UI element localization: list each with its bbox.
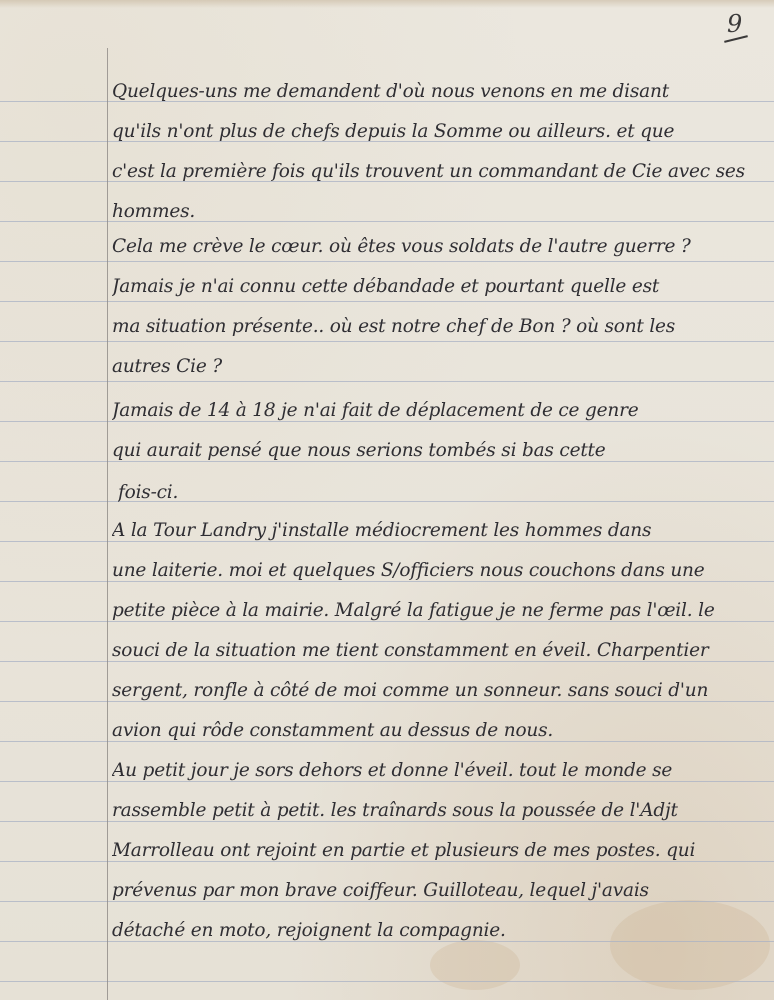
handwritten-line: qui aurait pensé que nous serions tombés… [112, 440, 772, 462]
ruled-line [0, 261, 774, 262]
ruled-line [0, 381, 774, 382]
handwritten-line: Cela me crève le cœur. où êtes vous sold… [112, 236, 772, 258]
paper-stain [430, 940, 520, 990]
handwritten-line: Jamais de 14 à 18 je n'ai fait de déplac… [112, 400, 772, 422]
handwritten-line: qu'ils n'ont plus de chefs depuis la Som… [112, 121, 772, 143]
ruled-line [0, 301, 774, 302]
ruled-line [0, 981, 774, 982]
page-number: 9 [727, 10, 742, 38]
paper-stain [610, 900, 770, 990]
ruled-line [0, 341, 774, 342]
handwritten-line: hommes. [112, 201, 772, 223]
handwritten-line: c'est la première fois qu'ils trouvent u… [112, 161, 772, 183]
notebook-page: 9 Quelques-uns me demandent d'où nous ve… [0, 0, 774, 1000]
handwritten-line: rassemble petit à petit. les traînards s… [112, 800, 772, 822]
handwritten-line: A la Tour Landry j'installe médiocrement… [112, 520, 772, 542]
handwritten-line: autres Cie ? [112, 356, 772, 378]
handwritten-line: détaché en moto, rejoignent la compagnie… [112, 920, 772, 942]
handwritten-line: petite pièce à la mairie. Malgré la fati… [112, 600, 772, 622]
margin-line [107, 48, 108, 1000]
handwritten-line: Marrolleau ont rejoint en partie et plus… [112, 840, 772, 862]
handwritten-line: Quelques-uns me demandent d'où nous veno… [112, 81, 772, 103]
paper-top-edge [0, 0, 774, 8]
handwritten-line: sergent, ronfle à côté de moi comme un s… [112, 680, 772, 702]
handwritten-line: Au petit jour je sors dehors et donne l'… [112, 760, 772, 782]
handwritten-line: ma situation présente.. où est notre che… [112, 316, 772, 338]
handwritten-line: avion qui rôde constamment au dessus de … [112, 720, 772, 742]
handwritten-line: Jamais je n'ai connu cette débandade et … [112, 276, 772, 298]
handwritten-line: souci de la situation me tient constamme… [112, 640, 772, 662]
handwritten-line: fois-ci. [118, 482, 774, 504]
handwritten-line: prévenus par mon brave coiffeur. Guillot… [112, 880, 772, 902]
handwritten-line: une laiterie. moi et quelques S/officier… [112, 560, 772, 582]
